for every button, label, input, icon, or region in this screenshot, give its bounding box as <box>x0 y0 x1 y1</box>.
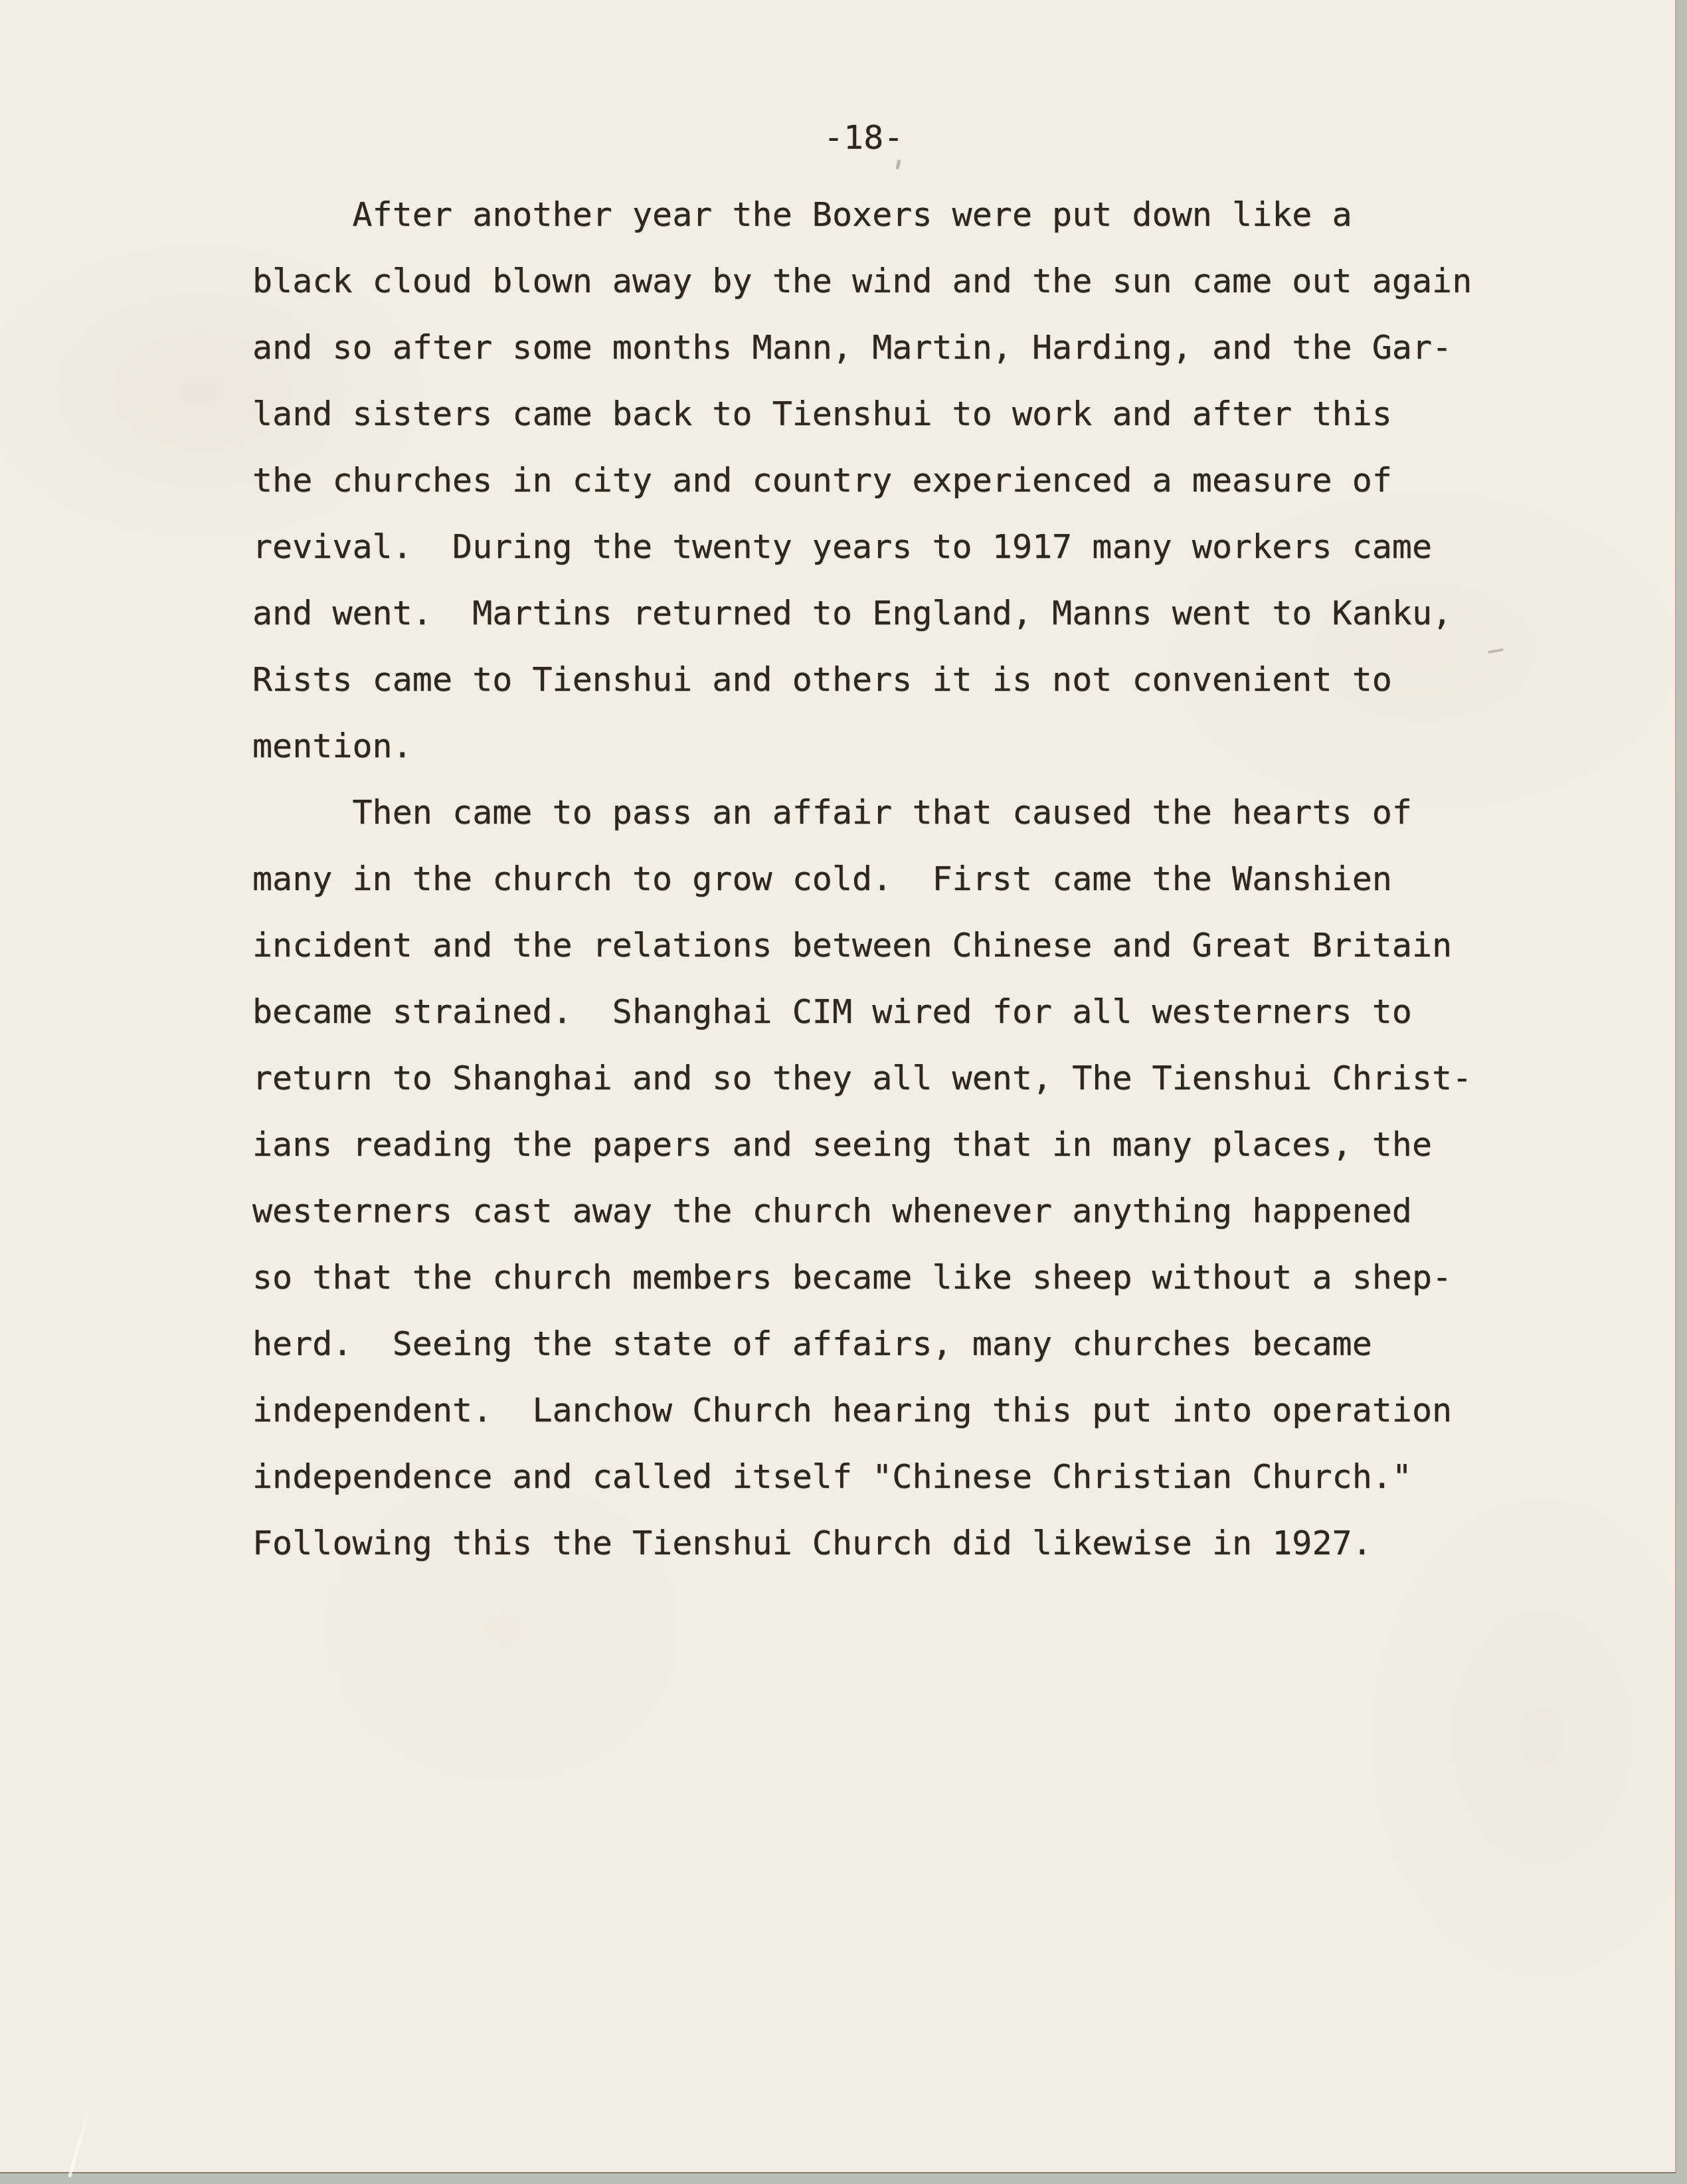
typewritten-text-block: After another year the Boxers were put d… <box>252 181 1472 1576</box>
paper-crease <box>68 2094 95 2177</box>
scan-artifact-mark <box>895 159 901 170</box>
text-line: revival. During the twenty years to 1917… <box>252 513 1472 580</box>
text-line: became strained. Shanghai CIM wired for … <box>252 978 1472 1045</box>
paper-sheet: -18- After another year the Boxers were … <box>0 0 1676 2173</box>
text-line: incident and the relations between Chine… <box>252 912 1472 978</box>
text-line: land sisters came back to Tienshui to wo… <box>252 381 1472 447</box>
text-line: return to Shanghai and so they all went,… <box>252 1045 1472 1111</box>
text-line: so that the church members became like s… <box>252 1244 1472 1311</box>
text-line: the churches in city and country experie… <box>252 447 1472 513</box>
scanned-document-screen: -18- After another year the Boxers were … <box>0 0 1687 2184</box>
text-line: Following this the Tienshui Church did l… <box>252 1510 1472 1576</box>
text-line: and went. Martins returned to England, M… <box>252 580 1472 646</box>
text-line: Rists came to Tienshui and others it is … <box>252 646 1472 713</box>
text-line: ians reading the papers and seeing that … <box>252 1111 1472 1178</box>
text-line: After another year the Boxers were put d… <box>252 181 1472 248</box>
text-line: independence and called itself "Chinese … <box>252 1443 1472 1510</box>
text-line: mention. <box>252 713 1472 779</box>
text-line: herd. Seeing the state of affairs, many … <box>252 1311 1472 1377</box>
text-line: Then came to pass an affair that caused … <box>252 779 1472 846</box>
text-line: many in the church to grow cold. First c… <box>252 846 1472 912</box>
text-line: black cloud blown away by the wind and t… <box>252 248 1472 314</box>
page-number: -18- <box>824 121 903 154</box>
text-line: westerners cast away the church whenever… <box>252 1178 1472 1244</box>
scan-artifact-mark <box>1488 648 1504 654</box>
text-line: and so after some months Mann, Martin, H… <box>252 314 1472 381</box>
text-line: independent. Lanchow Church hearing this… <box>252 1377 1472 1443</box>
